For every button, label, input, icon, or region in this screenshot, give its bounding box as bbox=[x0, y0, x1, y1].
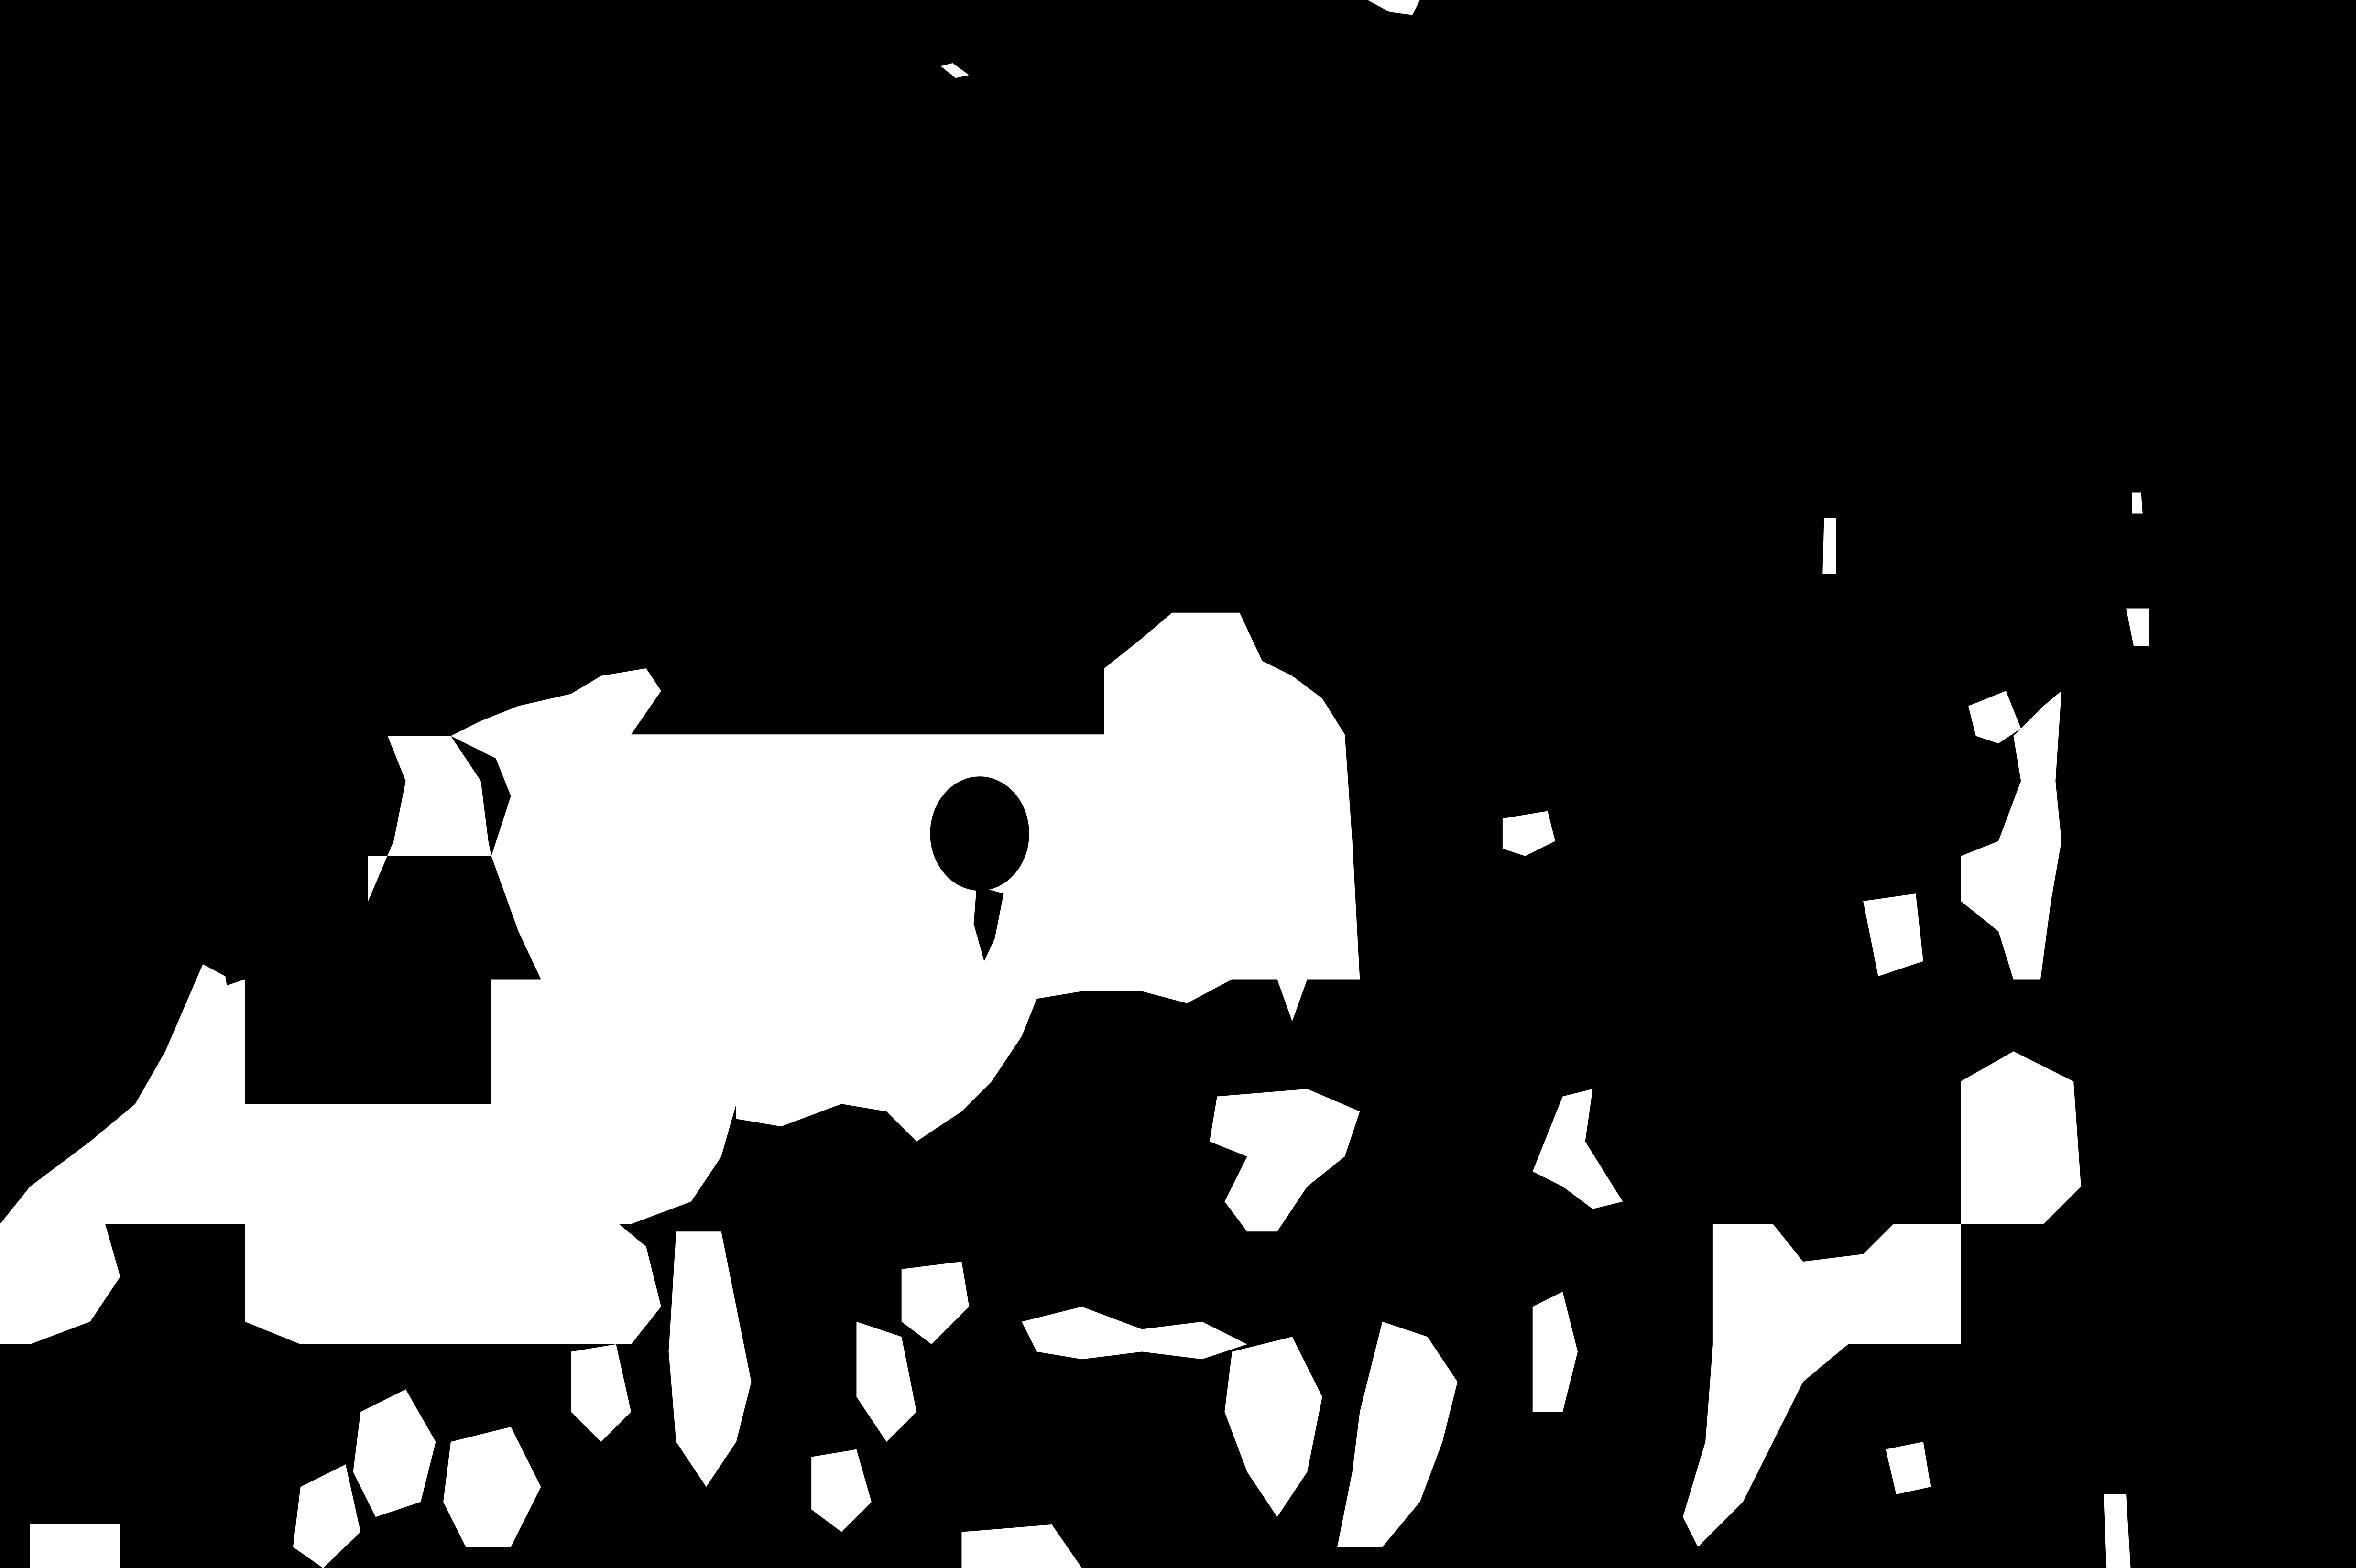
mask-blob-14 bbox=[30, 1524, 120, 1568]
mask-hole-center bbox=[930, 776, 1029, 891]
mask-speck-top-3 bbox=[1822, 518, 1836, 574]
mask-speck-top-4 bbox=[2132, 492, 2143, 513]
binary-mask-canvas bbox=[0, 0, 2356, 1568]
mask-blob-16 bbox=[2104, 1494, 2131, 1568]
mask-region-right-mid bbox=[1961, 1051, 2081, 1224]
